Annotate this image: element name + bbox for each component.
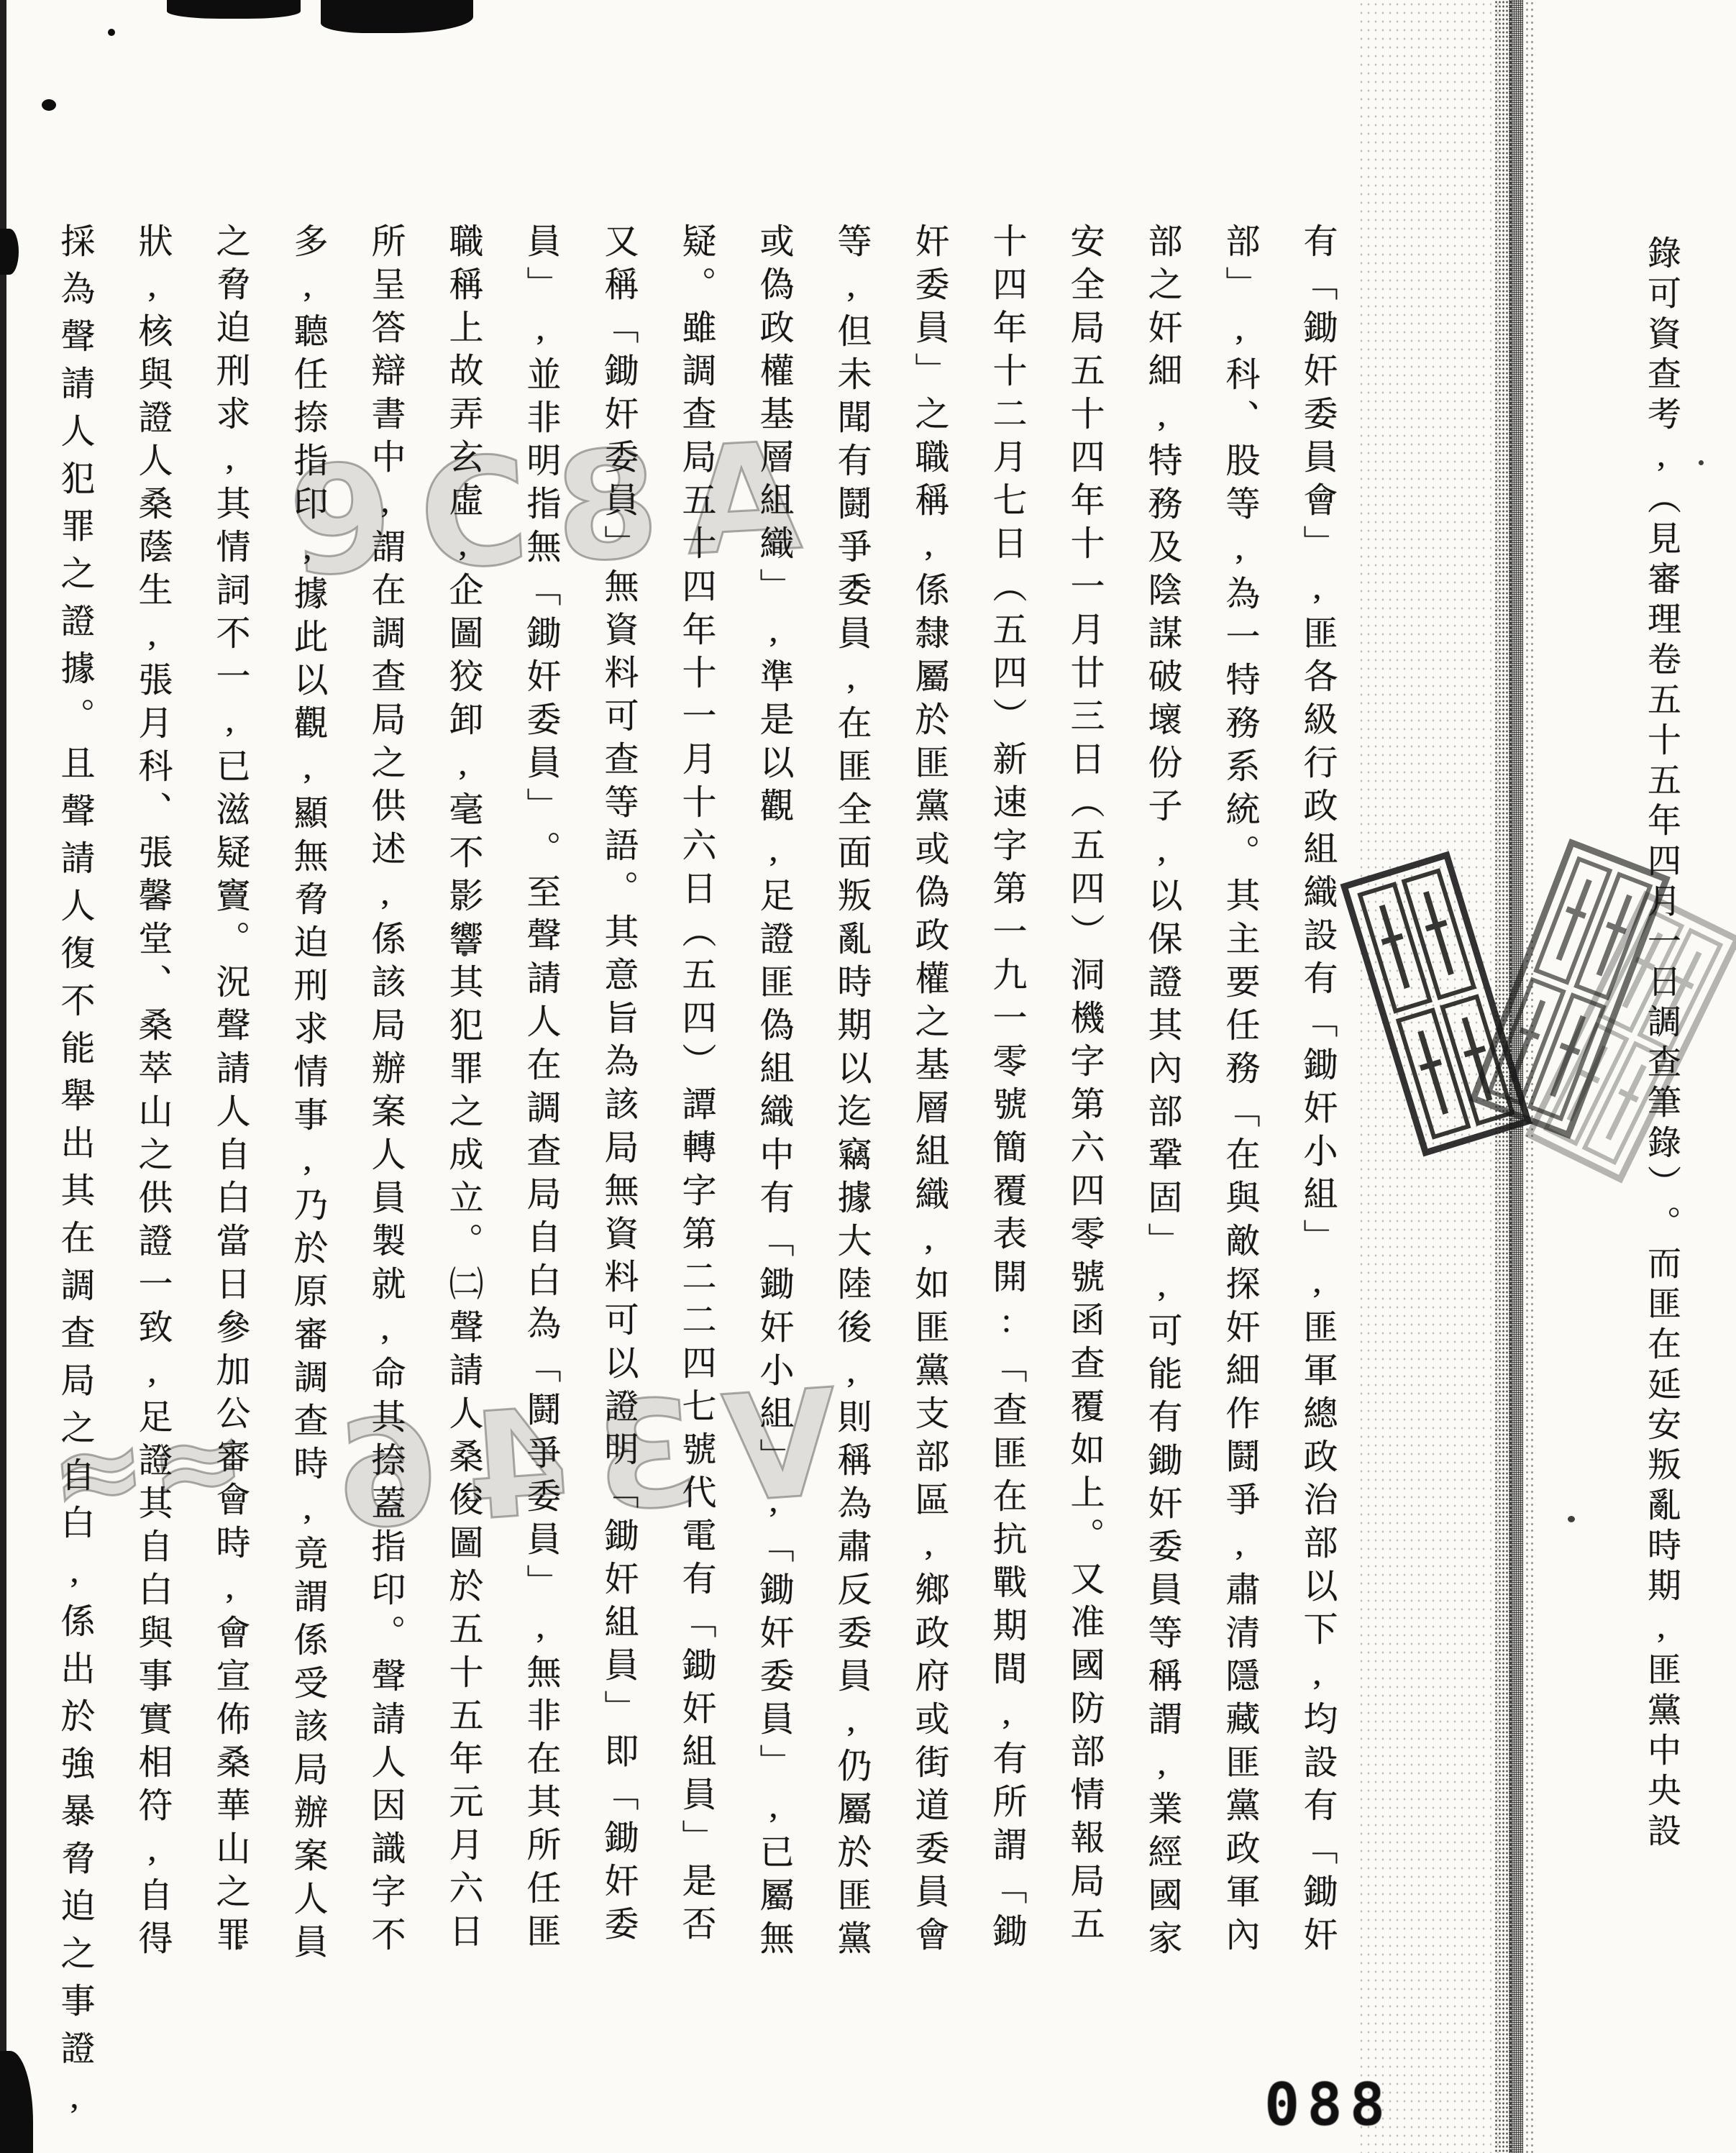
left-edge-scan-line: [0, 0, 6, 2153]
text-column: 部之奸細,特務及陰謀破壞份子,以保證其內部鞏固﹂,可能有鋤奸委員等稱謂,業經國家: [1123, 223, 1200, 2150]
text-column: 部﹂,科、股等,為一特務系統。其主要任務﹁在與敵探奸細作鬪爭,肅清隱藏匪黨政軍內: [1200, 223, 1278, 2150]
text-column: 狀,核與證人桑蔭生,張月科、張馨堂、桑萃山之供證一致,足證其自白與事實相符,自得: [113, 223, 191, 2150]
scanned-document-page: 9C8A ≈≈ V346 錄可資查考,︵見審理卷五十五年四月一日調查筆錄︶。而匪…: [0, 0, 1736, 2153]
text-column: 有﹁鋤奸委員會﹂,匪各級行政組織設有﹁鋤奸小組﹂,匪軍總政治部以下,均設有﹁鋤奸: [1278, 223, 1356, 2150]
corner-smudge: [0, 2051, 33, 2153]
ink-speck: [42, 99, 56, 111]
page-number: 088: [1264, 2071, 1392, 2139]
text-column: 奸委員﹂之職稱,係隸屬於匪黨或偽政權之基層組織,如匪黨支部區,鄉政府或街道委員會: [890, 223, 967, 2150]
text-column: 採為聲請人犯罪之證據。且聲請人復不能舉出其在調查局之自白,係出於強暴脅迫之事證,: [35, 223, 113, 2150]
text-column: 又稱﹁鋤奸委員﹂無資料可查等語。其意旨為該局無資料可以證明﹁鋤奸組員﹂即﹁鋤奸委: [579, 223, 657, 2150]
text-column: 疑。雖調查局五十四年十一月十六日︵五四︶譚轉字第二二四七號代電有﹁鋤奸組員﹂是否: [657, 223, 734, 2150]
text-column: 多,聽任捺指印,據此以觀,顯無脅迫刑求情事,乃於原審調查時,竟謂係受該局辦案人員: [268, 223, 346, 2150]
ink-speck: [1699, 460, 1704, 465]
top-edge-mark: [167, 0, 301, 19]
text-column: 十四年十二月七日︵五四︶新速字第一九一零號簡覆表開:﹁查匪在抗戰期間,有所謂﹁鋤: [967, 223, 1045, 2150]
text-column: 所呈答辯書中,謂在調查局之供述,係該局辦案人員製就,命其捺蓋指印。聲請人因識字不: [346, 223, 424, 2150]
edge-smudge: [0, 229, 19, 275]
ink-speck: [1568, 1516, 1575, 1522]
text-column: 或偽政權基層組織﹂,準是以觀,足證匪偽組織中有﹁鋤奸小組﹂,﹁鋤奸委員﹂,已屬無: [734, 223, 812, 2150]
text-column: 之脅迫刑求,其情詞不一,已滋疑竇。況聲請人自白當日參加公審會時,會宣佈桑華山之罪: [191, 223, 268, 2150]
text-column: 員﹂,並非明指無﹁鋤奸委員﹂。至聲請人在調查局自白為﹁鬪爭委員﹂,無非在其所任匪: [501, 223, 579, 2150]
ink-speck: [108, 29, 115, 36]
text-column: 安全局五十四年十一月廿三日︵五四︶洞機字第六四零號函查覆如上。又准國防部情報局五: [1045, 223, 1123, 2150]
text-column: 等,但未聞有鬪爭委員,在匪全面叛亂時期以迄竊據大陸後,則稱為肅反委員,仍屬於匪黨: [812, 223, 890, 2150]
text-column: 職稱上故弄玄虛,企圖狡卸,毫不影響其犯罪之成立。㈡聲請人桑俊圖於五十五年元月六日: [424, 223, 501, 2150]
body-text-block: 有﹁鋤奸委員會﹂,匪各級行政組織設有﹁鋤奸小組﹂,匪軍總政治部以下,均設有﹁鋤奸…: [35, 223, 1356, 2150]
top-edge-mark: [321, 0, 473, 33]
